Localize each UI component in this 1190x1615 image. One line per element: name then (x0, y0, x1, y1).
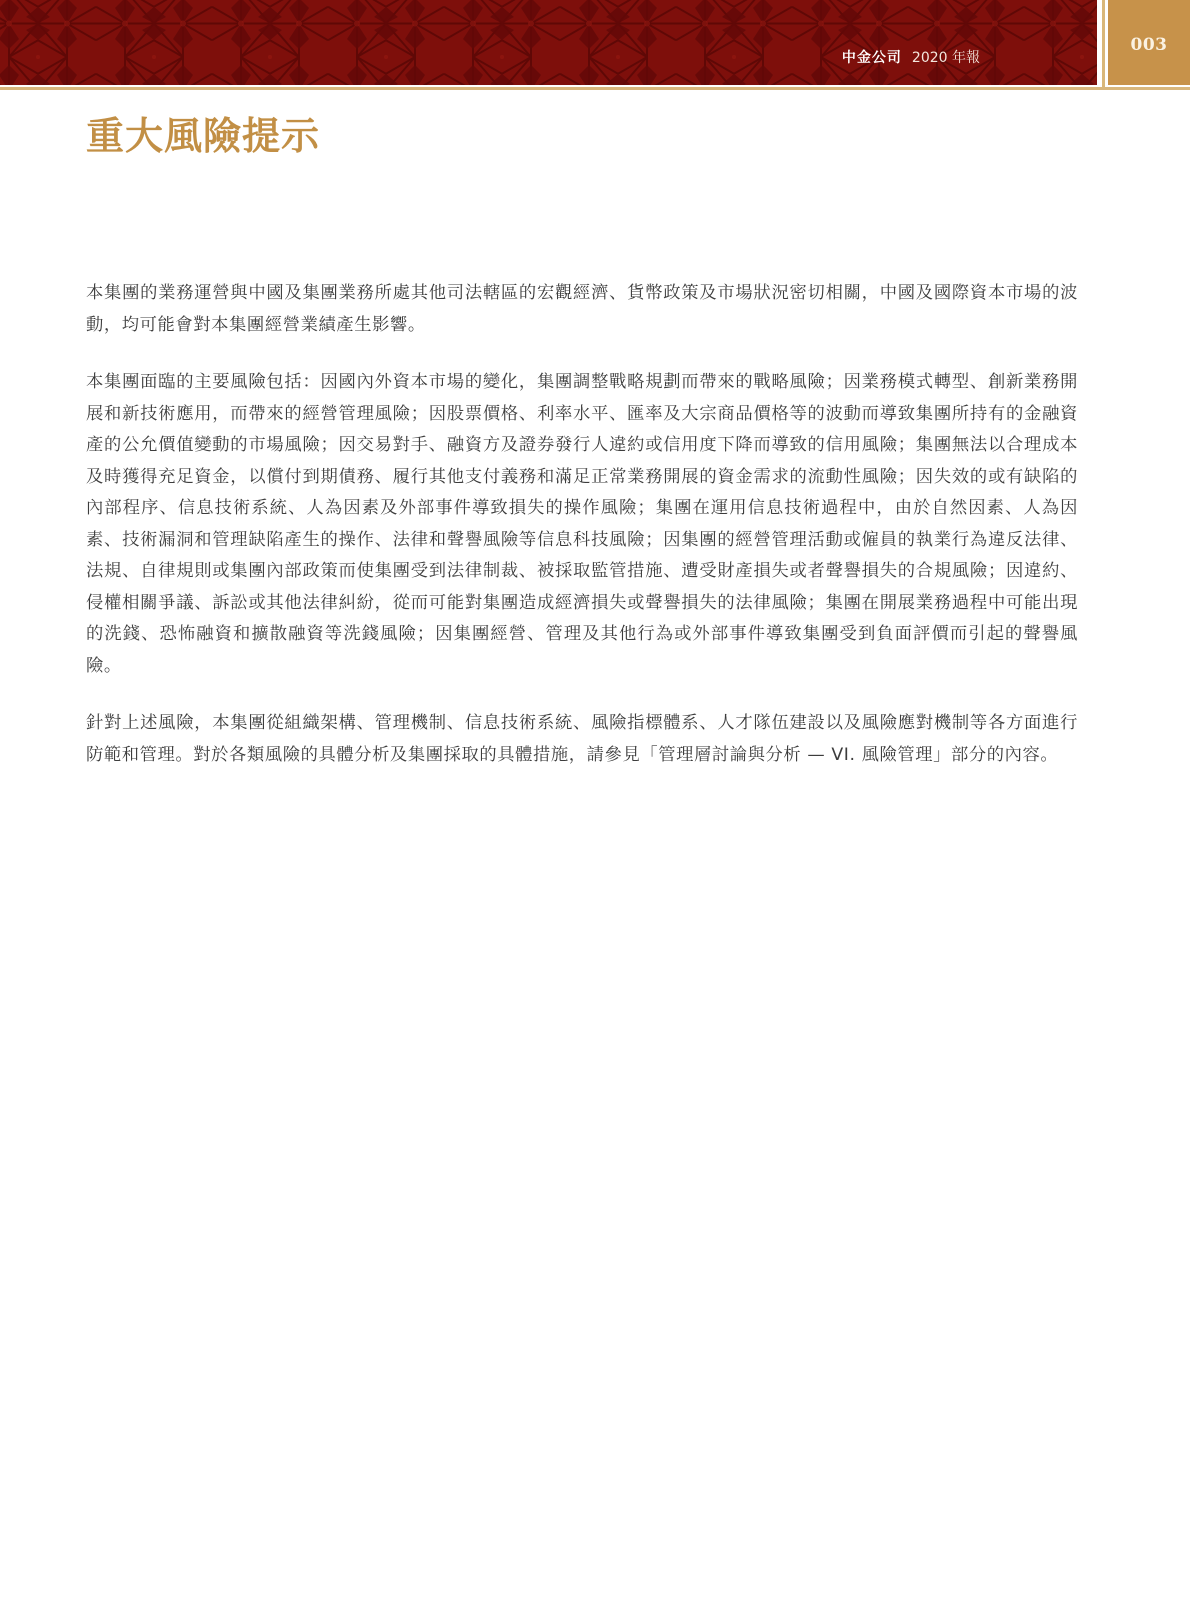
report-header-label: 中金公司 2020 年報 (842, 47, 980, 67)
page-number-box: 003 (1108, 0, 1190, 85)
paragraph-main-risks: 本集團面臨的主要風險包括：因國內外資本市場的變化，集團調整戰略規劃而帶來的戰略風… (86, 367, 1078, 682)
page-number: 003 (1131, 35, 1168, 55)
page-title: 重大風險提示 (86, 105, 320, 160)
company-name: 中金公司 (842, 47, 902, 67)
paragraph-risk-management: 針對上述風險，本集團從組織架構、管理機制、信息技術系統、風險指標體系、人才隊伍建… (86, 708, 1078, 771)
asanoha-pattern-icon (0, 0, 1097, 85)
paragraph-market-overview: 本集團的業務運營與中國及集團業務所處其他司法轄區的宏觀經濟、貨幣政策及市場狀況密… (86, 278, 1078, 341)
body-content: 本集團的業務運營與中國及集團業務所處其他司法轄區的宏觀經濟、貨幣政策及市場狀況密… (86, 278, 1078, 797)
report-year-label: 2020 年報 (912, 47, 980, 67)
header-divider-line (1102, 0, 1105, 88)
header-pattern-band: 中金公司 2020 年報 (0, 0, 1097, 85)
header-rule (0, 87, 1190, 90)
